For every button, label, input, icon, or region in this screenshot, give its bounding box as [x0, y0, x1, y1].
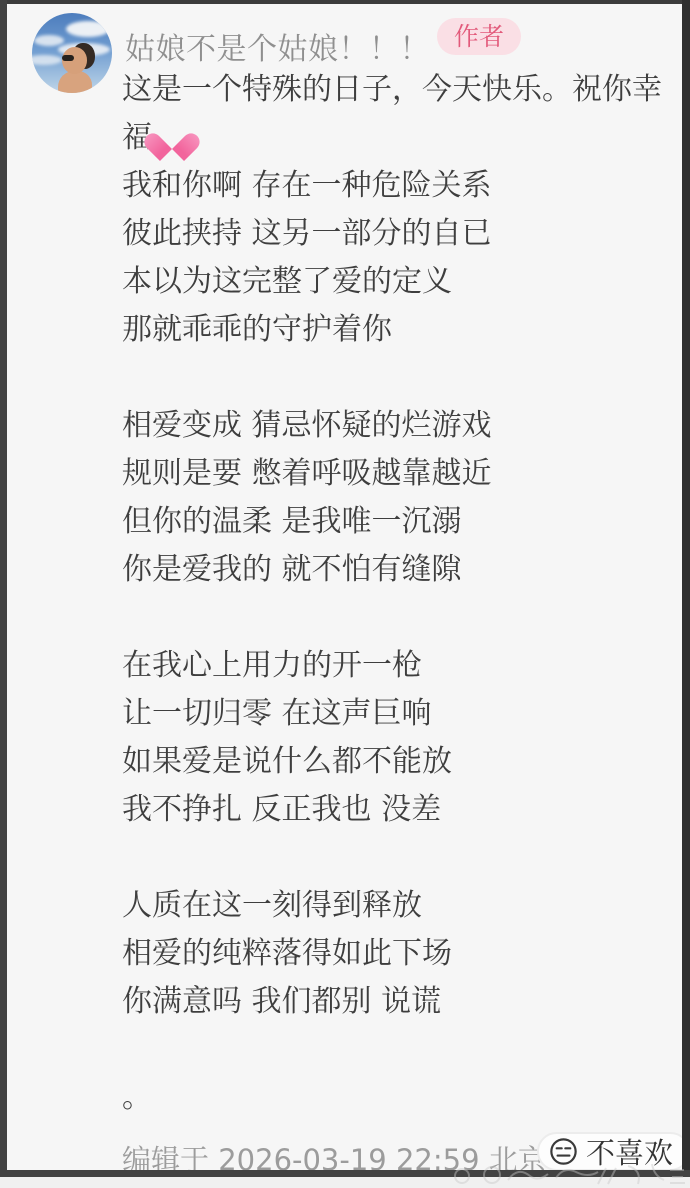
lyric-line: 我和你啊 存在一种危险关系 — [122, 162, 670, 210]
blank-line — [122, 354, 670, 402]
username[interactable]: 姑娘不是个姑娘！！！ — [125, 24, 430, 68]
lyric-line: 本以为这完整了爱的定义 — [122, 258, 670, 306]
cloud-shape — [32, 55, 62, 65]
watermark-scribble — [448, 1160, 688, 1188]
lyric-line: 相爱的纯粹落得如此下场 — [122, 930, 670, 978]
lyric-line: 相爱变成 猜忌怀疑的烂游戏 — [122, 402, 670, 450]
author-badge: 作者 — [437, 18, 521, 55]
lyric-line: 在我心上用力的开一枪 — [122, 642, 670, 690]
lyric-line: 那就乖乖的守护着你 — [122, 306, 670, 354]
pink-heart-icon — [155, 121, 189, 151]
lyric-line: 让一切归零 在这声巨响 — [122, 690, 670, 738]
sunglasses-shape — [62, 55, 74, 61]
blank-line — [122, 834, 670, 882]
avatar[interactable] — [32, 13, 112, 93]
avatar-person-torso — [58, 71, 92, 93]
lyric-line: 你是爱我的 就不怕有缝隙 — [122, 546, 670, 594]
blank-line — [122, 1026, 670, 1074]
screenshot-frame-left — [0, 0, 7, 1177]
intro-line: 这是一个特殊的日子，今天快乐。祝你幸福 — [122, 66, 670, 162]
closing-mark-line: 。 — [122, 1074, 670, 1122]
lyric-line: 彼此挟持 这另一部分的自已 — [122, 210, 670, 258]
lyric-line: 但你的温柔 是我唯一沉溺 — [122, 498, 670, 546]
cloud-shape — [34, 35, 64, 46]
screenshot-frame-top — [0, 0, 690, 4]
cloud-shape — [66, 21, 110, 37]
screenshot-frame-right — [682, 0, 690, 1177]
comment-body: 这是一个特殊的日子，今天快乐。祝你幸福 我和你啊 存在一种危险关系 彼此挟持 这… — [122, 66, 670, 1122]
blank-line — [122, 594, 670, 642]
lyric-line: 如果爱是说什么都不能放 — [122, 738, 670, 786]
lyric-line: 你满意吗 我们都别 说谎 — [122, 978, 670, 1026]
lyric-line: 规则是要 憋着呼吸越靠越近 — [122, 450, 670, 498]
lyric-line: 人质在这一刻得到释放 — [122, 882, 670, 930]
comment-screenshot: 姑娘不是个姑娘！！！ 作者 这是一个特殊的日子，今天快乐。祝你幸福 我和你啊 存… — [0, 0, 690, 1188]
intro-text: 这是一个特殊的日子，今天快乐。祝你幸福 — [122, 72, 662, 155]
lyric-line: 我不挣扎 反正我也 没差 — [122, 786, 670, 834]
